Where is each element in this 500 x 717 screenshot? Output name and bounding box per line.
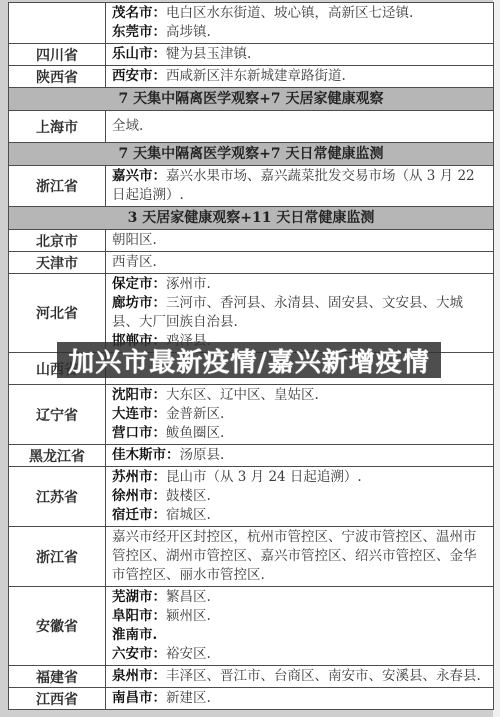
city-name: 乐山市： — [112, 46, 166, 62]
region-text: 新建区. — [166, 690, 211, 706]
region-text: 昆山市（从 3 月 24 日起追溯）. — [166, 469, 362, 485]
region-line: 沈阳市：大东区、辽中区、皇姑区. — [112, 386, 489, 405]
province-cell: 黑龙江省 — [9, 445, 106, 466]
region-line: 泉州市：丰泽区、晋江市、台商区、南安市、安溪县、永春县. — [112, 667, 489, 686]
region-line: 朝阳区. — [112, 231, 489, 250]
province-cell — [9, 3, 106, 43]
province-cell: 浙江省 — [9, 166, 106, 206]
province-cell: 北京市 — [9, 230, 106, 251]
city-name: 营口市： — [112, 425, 166, 441]
city-name: 芜湖市： — [112, 589, 166, 605]
province-cell: 浙江省 — [9, 527, 106, 586]
region-text: 大东区、辽中区、皇姑区. — [166, 387, 319, 403]
table-row: 北京市 朝阳区. — [9, 230, 493, 252]
region-line: 营口市：鲅鱼圈区. — [112, 424, 489, 443]
table-row: 天津市 西青区. — [9, 252, 493, 274]
region-text: 朝阳区. — [112, 232, 157, 248]
policy-section-header: 7 天集中隔离医学观察+7 天居家健康观察 — [9, 88, 493, 111]
detail-cell: 嘉兴市经开区封控区，杭州市管控区、宁波市管控区、温州市管控区、湖州市管控区、嘉兴… — [106, 527, 493, 586]
detail-cell: 全域. — [106, 111, 493, 142]
detail-cell: 保定市：涿州市. 廊坊市：三河市、香河县、永清县、固安县、文安县、大城县、大厂回… — [106, 274, 493, 352]
province-cell: 福建省 — [9, 666, 106, 687]
table-row: 茂名市：电白区水东街道、坡心镇，高新区七迳镇. 东莞市：高埗镇. — [9, 3, 493, 44]
region-line: 阜阳市：颍州区. — [112, 607, 489, 626]
table-row: 江西省 南昌市：新建区. — [9, 688, 493, 709]
detail-cell: 泉州市：丰泽区、晋江市、台商区、南安市、安溪县、永春县. — [106, 666, 493, 687]
province-cell: 安徽省 — [9, 587, 106, 665]
province-cell: 江苏省 — [9, 467, 106, 526]
city-name: 徐州市： — [112, 488, 166, 504]
region-text: 西咸新区沣东新城建章路街道. — [166, 68, 346, 84]
document-page: 茂名市：电白区水东街道、坡心镇，高新区七迳镇. 东莞市：高埗镇. 四川省 乐山市… — [0, 0, 500, 717]
region-text: 金普新区. — [166, 406, 224, 422]
table-row: 辽宁省 沈阳市：大东区、辽中区、皇姑区. 大连市：金普新区. 营口市：鲅鱼圈区. — [9, 385, 493, 445]
region-text: 鲅鱼圈区. — [166, 425, 224, 441]
detail-cell: 茂名市：电白区水东街道、坡心镇，高新区七迳镇. 东莞市：高埗镇. — [106, 3, 493, 43]
region-text: 全域. — [112, 118, 143, 134]
city-name: 保定市： — [112, 276, 166, 292]
city-name: 苏州市： — [112, 469, 166, 485]
city-name: 佳木斯市： — [112, 447, 180, 463]
policy-section-header: 3 天居家健康观察+11 天日常健康监测 — [9, 207, 493, 230]
watermark-banner: 加兴市最新疫情/嘉兴新增疫情 — [57, 342, 441, 378]
city-name: 南昌市： — [112, 690, 166, 706]
detail-cell: 西青区. — [106, 252, 493, 273]
region-line: 大连市：金普新区. — [112, 405, 489, 424]
table-row: 黑龙江省 佳木斯市：汤原县. — [9, 445, 493, 467]
region-line: 茂名市：电白区水东街道、坡心镇，高新区七迳镇. — [112, 4, 489, 23]
watermark-banner-text: 加兴市最新疫情/嘉兴新增疫情 — [68, 342, 430, 379]
city-name: 阜阳市： — [112, 608, 166, 624]
region-line: 宿迁市：宿城区. — [112, 506, 489, 525]
city-name: 茂名市： — [112, 5, 166, 21]
region-line: 徐州市：鼓楼区. — [112, 487, 489, 506]
region-line: 西青区. — [112, 253, 489, 272]
page-margin — [493, 0, 500, 717]
province-cell: 天津市 — [9, 252, 106, 273]
region-line: 芜湖市：繁昌区. — [112, 588, 489, 607]
region-text: 鼓楼区. — [166, 488, 211, 504]
region-text: 繁昌区. — [166, 589, 211, 605]
detail-cell: 佳木斯市：汤原县. — [106, 445, 493, 466]
detail-cell: 朝阳区. — [106, 230, 493, 251]
region-text: 裕安区. — [166, 646, 211, 662]
region-text: 犍为县玉津镇. — [166, 46, 251, 62]
region-line: 苏州市：昆山市（从 3 月 24 日起追溯）. — [112, 468, 489, 487]
region-line: 六安市：裕安区. — [112, 645, 489, 664]
region-text: 高埗镇. — [166, 24, 211, 40]
city-name: 淮南市. — [112, 627, 157, 643]
detail-cell: 苏州市：昆山市（从 3 月 24 日起追溯）. 徐州市：鼓楼区. 宿迁市：宿城区… — [106, 467, 493, 526]
table-row: 上海市 全域. — [9, 111, 493, 143]
region-text: 嘉兴水果市场、嘉兴蔬菜批发交易市场（从 3 月 22 日起追溯）. — [112, 168, 475, 203]
table-row: 四川省 乐山市：犍为县玉津镇. — [9, 44, 493, 66]
province-cell: 四川省 — [9, 44, 106, 65]
detail-cell: 嘉兴市：嘉兴水果市场、嘉兴蔬菜批发交易市场（从 3 月 22 日起追溯）. — [106, 166, 493, 206]
region-line: 保定市：涿州市. — [112, 275, 489, 294]
region-text: 涿州市. — [166, 276, 211, 292]
city-name: 大连市： — [112, 406, 166, 422]
city-name: 沈阳市： — [112, 387, 166, 403]
region-text: 颍州区. — [166, 608, 211, 624]
region-line: 东莞市：高埗镇. — [112, 23, 489, 42]
policy-section-header: 7 天集中隔离医学观察+7 天日常健康监测 — [9, 143, 493, 166]
detail-cell: 芜湖市：繁昌区. 阜阳市：颍州区. 淮南市. 六安市：裕安区. — [106, 587, 493, 665]
province-cell: 江西省 — [9, 688, 106, 709]
detail-cell: 沈阳市：大东区、辽中区、皇姑区. 大连市：金普新区. 营口市：鲅鱼圈区. — [106, 385, 493, 444]
region-line: 廊坊市：三河市、香河县、永清县、固安县、文安县、大城县、大厂回族自治县. — [112, 294, 489, 332]
region-line: 南昌市：新建区. — [112, 689, 489, 708]
region-text: 丰泽区、晋江市、台商区、南安市、安溪县、永春县. — [166, 668, 481, 684]
detail-cell: 西安市：西咸新区沣东新城建章路街道. — [106, 66, 493, 87]
region-line: 西安市：西咸新区沣东新城建章路街道. — [112, 67, 489, 86]
city-name: 东莞市： — [112, 24, 166, 40]
detail-cell: 南昌市：新建区. — [106, 688, 493, 709]
region-line: 嘉兴市：嘉兴水果市场、嘉兴蔬菜批发交易市场（从 3 月 22 日起追溯）. — [112, 167, 489, 205]
region-line: 嘉兴市经开区封控区，杭州市管控区、宁波市管控区、温州市管控区、湖州市管控区、嘉兴… — [112, 528, 489, 585]
table-row: 浙江省 嘉兴市经开区封控区，杭州市管控区、宁波市管控区、温州市管控区、湖州市管控… — [9, 527, 493, 587]
region-text: 宿城区. — [166, 507, 211, 523]
region-text: 汤原县. — [180, 447, 225, 463]
province-cell: 上海市 — [9, 111, 106, 142]
region-line: 佳木斯市：汤原县. — [112, 446, 489, 465]
city-name: 六安市： — [112, 646, 166, 662]
province-cell: 陕西省 — [9, 66, 106, 87]
region-line: 全域. — [112, 117, 143, 136]
detail-cell: 乐山市：犍为县玉津镇. — [106, 44, 493, 65]
region-line: 淮南市. — [112, 626, 489, 645]
province-cell: 辽宁省 — [9, 385, 106, 444]
region-text: 西青区. — [112, 254, 157, 270]
table-row: 福建省 泉州市：丰泽区、晋江市、台商区、南安市、安溪县、永春县. — [9, 666, 493, 688]
region-text: 嘉兴市经开区封控区，杭州市管控区、宁波市管控区、温州市管控区、湖州市管控区、嘉兴… — [112, 529, 477, 583]
region-text: 电白区水东街道、坡心镇，高新区七迳镇. — [166, 5, 413, 21]
region-line: 乐山市：犍为县玉津镇. — [112, 45, 489, 64]
table-row: 浙江省 嘉兴市：嘉兴水果市场、嘉兴蔬菜批发交易市场（从 3 月 22 日起追溯）… — [9, 166, 493, 207]
city-name: 泉州市： — [112, 668, 166, 684]
table-row: 安徽省 芜湖市：繁昌区. 阜阳市：颍州区. 淮南市. 六安市：裕安区. — [9, 587, 493, 666]
province-cell: 河北省 — [9, 274, 106, 352]
table-row: 陕西省 西安市：西咸新区沣东新城建章路街道. — [9, 66, 493, 88]
city-name: 西安市： — [112, 68, 166, 84]
city-name: 廊坊市： — [112, 295, 166, 311]
city-name: 宿迁市： — [112, 507, 166, 523]
table-row: 江苏省 苏州市：昆山市（从 3 月 24 日起追溯）. 徐州市：鼓楼区. 宿迁市… — [9, 467, 493, 527]
city-name: 嘉兴市： — [112, 168, 166, 184]
